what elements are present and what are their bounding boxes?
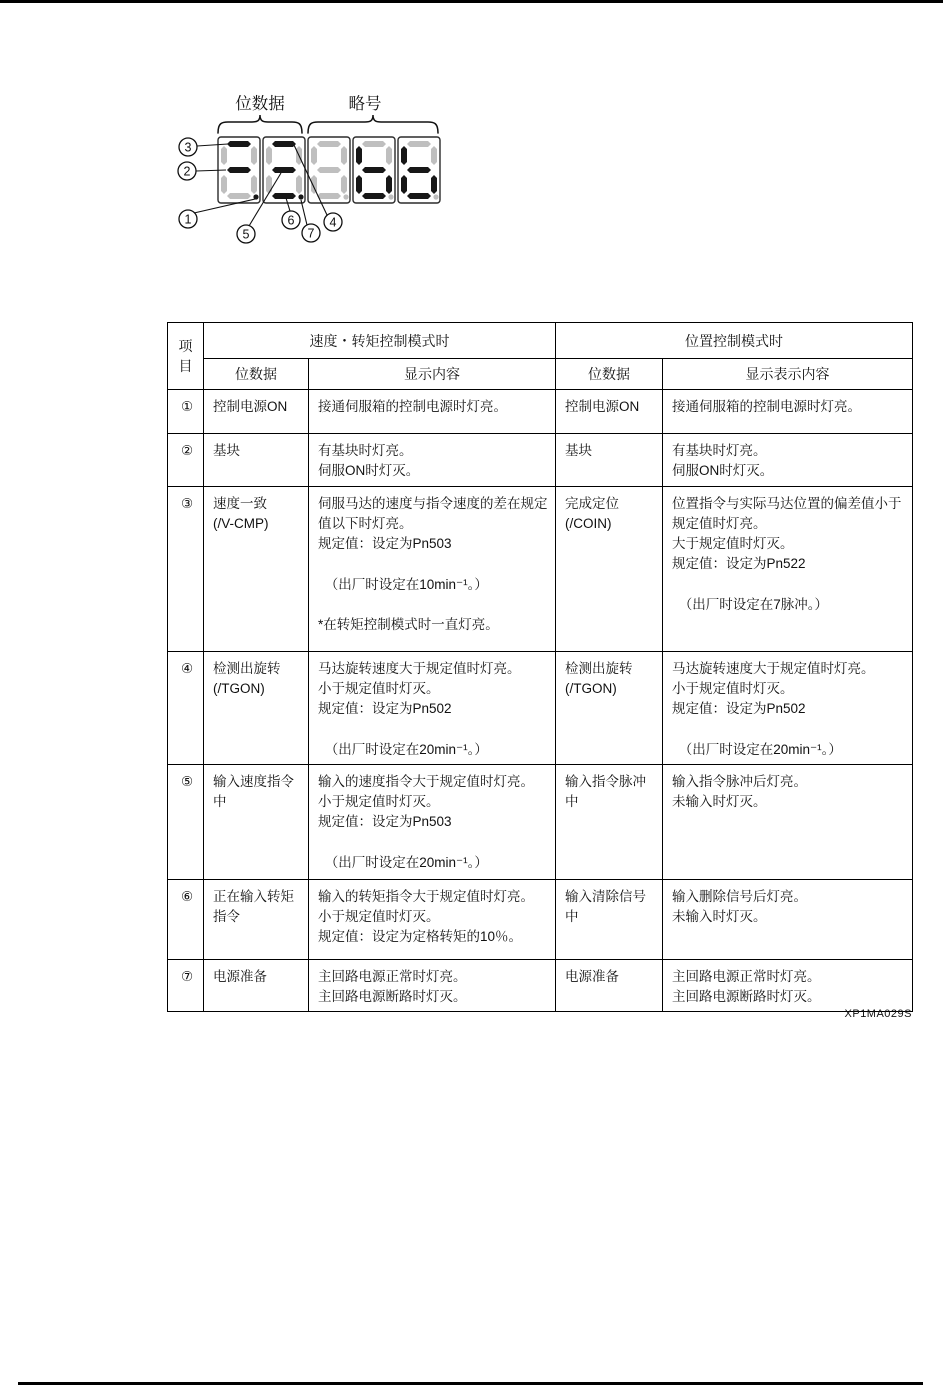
segment-e: [221, 175, 227, 194]
segment-a: [272, 141, 296, 147]
segment-b: [386, 146, 392, 165]
bit-data-cell: 速度一致 (/V-CMP): [204, 486, 309, 651]
decimal-point: [388, 194, 393, 199]
description-cell: 输入的转矩指令大于规定值时灯亮。 小于规定值时灯灭。 规定值：设定为定格转矩的1…: [309, 879, 556, 959]
segment-a: [407, 141, 431, 147]
bit-data-cell: 电源准备: [556, 959, 663, 1012]
callout-number-1: 1: [185, 213, 192, 227]
item-number: ③: [168, 486, 204, 651]
callout-number-6: 6: [288, 214, 295, 228]
description-cell: 位置指令与实际马达位置的偏差值小于规定值时灯亮。 大于规定值时灯灭。 规定值：设…: [663, 486, 913, 651]
description-cell: 伺服马达的速度与指令速度的差在规定值以下时灯亮。 规定值：设定为Pn503 （出…: [309, 486, 556, 651]
segment-f: [311, 146, 317, 165]
bit-data-cell: 基块: [556, 434, 663, 487]
bit-data-cell: 控制电源ON: [204, 390, 309, 434]
callout-number-7: 7: [308, 227, 315, 241]
callout-line-7: [301, 200, 307, 225]
item-number: ⑦: [168, 959, 204, 1012]
segment-d: [317, 193, 341, 199]
callout-number-2: 2: [184, 165, 191, 179]
description-cell: 主回路电源正常时灯亮。 主回路电源断路时灯灭。: [309, 959, 556, 1012]
bit-data-cell: 输入速度指令中: [204, 764, 309, 879]
segment-d: [362, 193, 386, 199]
segment-e: [401, 175, 407, 194]
table-row: ⑥ 正在输入转矩指令 输入的转矩指令大于规定值时灯亮。 小于规定值时灯灭。 规定…: [168, 879, 913, 959]
description-cell: 有基块时灯亮。 伺服ON时灯灭。: [663, 434, 913, 487]
bit-data-label: 位数据: [235, 94, 285, 113]
segment-g: [362, 167, 386, 173]
segment-e: [266, 175, 272, 194]
description-cell: 接通伺服箱的控制电源时灯亮。: [663, 390, 913, 434]
description-cell: 接通伺服箱的控制电源时灯亮。: [309, 390, 556, 434]
subheader-display-content-right: 显示表示内容: [663, 359, 913, 390]
segment-f: [401, 146, 407, 165]
segment-c: [251, 175, 257, 194]
segment-g: [407, 167, 431, 173]
page-bottom-rule: [18, 1382, 923, 1385]
seven-segment-figure: 位数据 略号 1234567: [160, 82, 460, 252]
segment-c: [386, 175, 392, 194]
callout-number-4: 4: [330, 216, 337, 230]
segment-e: [356, 175, 362, 194]
figure-code: XP1MA029S: [845, 1008, 912, 1020]
segment-c: [296, 175, 302, 194]
table-row: ① 控制电源ON 接通伺服箱的控制电源时灯亮。 控制电源ON 接通伺服箱的控制电…: [168, 390, 913, 434]
item-header: 项目: [168, 323, 204, 390]
item-number: ②: [168, 434, 204, 487]
segment-c: [341, 175, 347, 194]
subheader-display-content-left: 显示内容: [309, 359, 556, 390]
segment-f: [356, 146, 362, 165]
description-cell: 马达旋转速度大于规定值时灯亮。 小于规定值时灯灭。 规定值：设定为Pn502 （…: [663, 651, 913, 764]
manual-page: 位数据 略号 1234567 项目 速度・转矩控制模式时 位置控制模式时 位数据…: [0, 0, 943, 1391]
segment-f: [266, 146, 272, 165]
table-row: ⑦ 电源准备 主回路电源正常时灯亮。 主回路电源断路时灯灭。 电源准备 主回路电…: [168, 959, 913, 1012]
bit-data-cell: 正在输入转矩指令: [204, 879, 309, 959]
bit-data-cell: 电源准备: [204, 959, 309, 1012]
segment-c: [431, 175, 437, 194]
status-display-table: 项目 速度・转矩控制模式时 位置控制模式时 位数据 显示内容 位数据 显示表示内…: [167, 322, 913, 1012]
segment-d: [227, 193, 251, 199]
table-row: ④ 检测出旋转 (/TGON) 马达旋转速度大于规定值时灯亮。 小于规定值时灯灭…: [168, 651, 913, 764]
segment-g: [227, 167, 251, 173]
abbrev-brace: [308, 115, 438, 133]
segment-d: [272, 193, 296, 199]
table-row: ③ 速度一致 (/V-CMP) 伺服马达的速度与指令速度的差在规定值以下时灯亮。…: [168, 486, 913, 651]
description-cell: 主回路电源正常时灯亮。 主回路电源断路时灯灭。: [663, 959, 913, 1012]
bit-data-brace: [218, 115, 302, 133]
bit-data-cell: 控制电源ON: [556, 390, 663, 434]
bit-data-cell: 检测出旋转 (/TGON): [204, 651, 309, 764]
decimal-point: [298, 194, 303, 199]
subheader-bit-data-right: 位数据: [556, 359, 663, 390]
page-top-rule: [0, 0, 943, 3]
description-cell: 马达旋转速度大于规定值时灯亮。 小于规定值时灯灭。 规定值：设定为Pn502 （…: [309, 651, 556, 764]
segment-g: [272, 167, 296, 173]
item-number: ⑥: [168, 879, 204, 959]
segment-a: [362, 141, 386, 147]
bit-data-cell: 输入指令脉冲中: [556, 764, 663, 879]
decimal-point: [343, 194, 348, 199]
segment-d: [407, 193, 431, 199]
segment-f: [221, 146, 227, 165]
description-cell: 输入指令脉冲后灯亮。 未输入时灯灭。: [663, 764, 913, 879]
item-number: ①: [168, 390, 204, 434]
segment-b: [431, 146, 437, 165]
bit-data-cell: 输入清除信号中: [556, 879, 663, 959]
item-number: ④: [168, 651, 204, 764]
bit-data-cell: 基块: [204, 434, 309, 487]
segment-b: [251, 146, 257, 165]
segment-g: [317, 167, 341, 173]
bit-data-cell: 检测出旋转 (/TGON): [556, 651, 663, 764]
segment-b: [341, 146, 347, 165]
segment-a: [227, 141, 251, 147]
seven-segment-digits: [218, 137, 440, 203]
callout-number-5: 5: [243, 228, 250, 242]
description-cell: 输入删除信号后灯亮。 未输入时灯灭。: [663, 879, 913, 959]
group-header-speed-torque: 速度・转矩控制模式时: [204, 323, 556, 359]
abbrev-label: 略号: [349, 94, 382, 113]
table-row: ② 基块 有基块时灯亮。 伺服ON时灯灭。 基块 有基块时灯亮。 伺服ON时灯灭…: [168, 434, 913, 487]
subheader-bit-data-left: 位数据: [204, 359, 309, 390]
item-number: ⑤: [168, 764, 204, 879]
segment-a: [317, 141, 341, 147]
decimal-point: [433, 194, 438, 199]
description-cell: 有基块时灯亮。 伺服ON时灯灭。: [309, 434, 556, 487]
description-cell: 输入的速度指令大于规定值时灯亮。 小于规定值时灯灭。 规定值：设定为Pn503 …: [309, 764, 556, 879]
table-row: ⑤ 输入速度指令中 输入的速度指令大于规定值时灯亮。 小于规定值时灯灭。 规定值…: [168, 764, 913, 879]
callout-number-3: 3: [185, 141, 192, 155]
bit-data-cell: 完成定位 (/COIN): [556, 486, 663, 651]
group-header-position: 位置控制模式时: [556, 323, 913, 359]
